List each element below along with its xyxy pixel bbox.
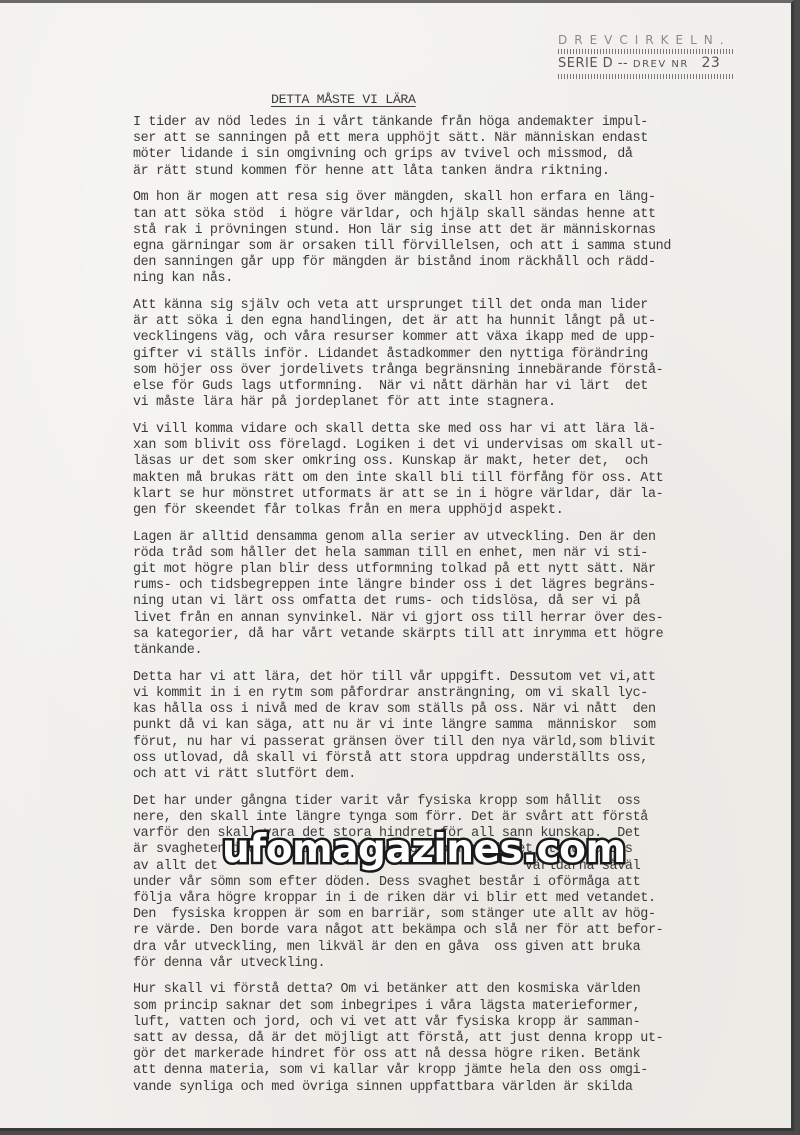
header-stamp: DREVCIRKELN. SERIE D -- DREV NR 23 [558, 33, 738, 81]
document-title: DETTA MÅSTE VI LÄRA [271, 92, 416, 107]
paragraph: Hur skall vi förstå detta? Om vi betänke… [133, 982, 773, 1095]
paragraph: Att känna sig själv och veta att ursprun… [133, 298, 773, 411]
paragraph: I tider av nöd ledes in i vårt tänkande … [133, 115, 773, 180]
paragraph: Lagen är alltid densamma genom alla seri… [133, 530, 773, 660]
paragraph: Detta har vi att lära, det hör till vår … [133, 670, 773, 783]
paragraph: Om hon är mogen att resa sig över mängde… [133, 190, 773, 287]
drev-label: DREV NR [633, 59, 689, 70]
drev-number: 23 [701, 55, 720, 71]
watermark: ufomagazines.com [222, 829, 626, 871]
paragraph: Det har under gångna tider varit vår fys… [133, 794, 773, 972]
organization-name: DREVCIRKELN. [558, 33, 738, 47]
series-separator: -- [618, 56, 628, 71]
document-body: I tider av nöd ledes in i vårt tänkande … [133, 115, 773, 1106]
series-line: SERIE D -- DREV NR 23 [558, 56, 738, 72]
typewritten-page: DREVCIRKELN. SERIE D -- DREV NR 23 DETTA… [0, 0, 794, 1131]
stamp-divider-bottom [558, 74, 735, 79]
paragraph: Vi vill komma vidare och skall detta ske… [133, 422, 773, 519]
series-label: SERIE D [558, 56, 613, 71]
stamp-divider-top [558, 49, 735, 54]
